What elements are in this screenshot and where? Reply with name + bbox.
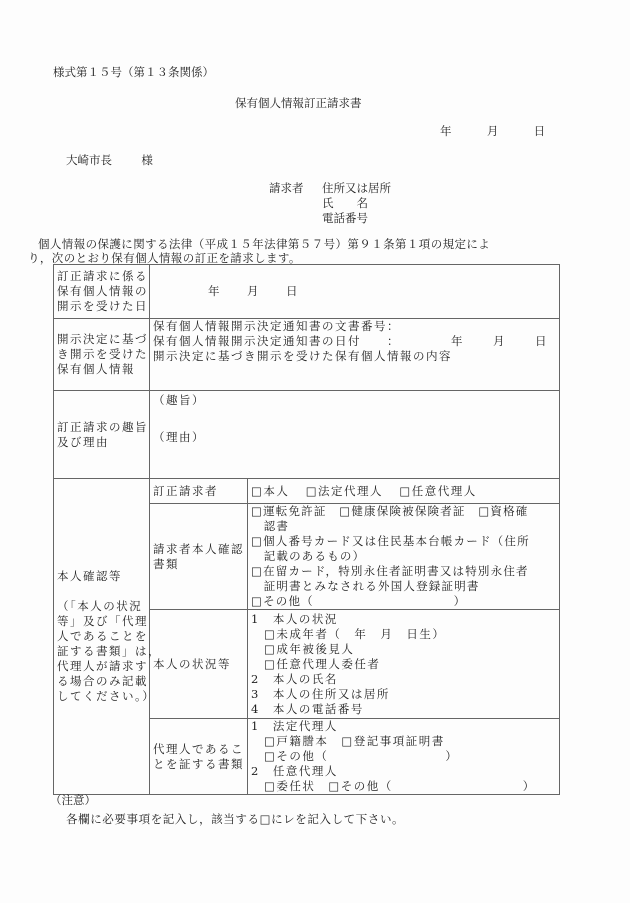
purpose-reason-field[interactable]: （趣旨） （理由）	[150, 391, 560, 479]
id-documents-options[interactable]: □運転免許証 □健康保険被保険者証 □資格確 認書 □個人番号カード又は住民基本…	[248, 504, 560, 610]
row-requester-type: 本人確認等 （「本人の状況等」及び「代理 人であることを証する書類」は， 代理人…	[54, 479, 560, 504]
notes-heading: （注意）	[50, 792, 96, 808]
disclosed-info-label: 開示決定に基づき開示を受けた保有個人情報	[54, 319, 150, 391]
requester-label: 請求者	[269, 180, 304, 196]
requester-phone-label: 電話番号	[322, 210, 368, 226]
purpose-label: （趣旨）	[153, 393, 556, 430]
disclosure-date-field[interactable]: 年 月 日	[150, 265, 560, 319]
date-day: 日	[534, 124, 546, 138]
checkbox-voluntary-agent[interactable]: □任意代理人	[399, 484, 476, 498]
purpose-reason-label: 訂正請求の趣旨及び理由	[54, 391, 150, 479]
requester-type-label: 訂正請求者	[150, 479, 248, 504]
date-month: 月	[487, 124, 499, 138]
row-disclosed-info: 開示決定に基づき開示を受けた保有個人情報 保有個人情報開示決定通知書の文書番号：…	[54, 319, 560, 391]
identity-confirmation-label: 本人確認等 （「本人の状況等」及び「代理 人であることを証する書類」は， 代理人…	[54, 479, 150, 795]
form-number: 様式第１５号（第１３条関係）	[53, 64, 214, 80]
notice-date-line: 保有個人情報開示決定通知書の日付 ： 年 月 日	[153, 334, 556, 349]
disclosed-info-field[interactable]: 保有個人情報開示決定通知書の文書番号： 保有個人情報開示決定通知書の日付 ： 年…	[150, 319, 560, 391]
checkbox-self[interactable]: □本人	[251, 484, 289, 498]
request-date: 年 月 日	[440, 123, 545, 139]
disclosed-content-label: 開示決定に基づき開示を受けた保有個人情報の内容	[153, 349, 556, 364]
requester-address-label: 住所又は居所	[322, 180, 391, 196]
requester-type-options[interactable]: □本人 □法定代理人 □任意代理人	[248, 479, 560, 504]
date-year: 年	[440, 124, 452, 138]
notice-number-label: 保有個人情報開示決定通知書の文書番号：	[153, 319, 556, 334]
checkbox-legal-agent[interactable]: □法定代理人	[306, 484, 383, 498]
requester-name-label: 氏 名	[322, 195, 368, 211]
id-documents-label: 請求者本人確認書類	[150, 504, 248, 610]
agent-documents-options[interactable]: 1 法定代理人 □戸籍謄本 □登記事項証明書 □その他（ ） 2 任意代理人 □…	[248, 719, 560, 795]
reason-label: （理由）	[153, 430, 556, 445]
agent-documents-label: 代理人であることを証する書類	[150, 719, 248, 795]
disclosure-date-label: 訂正請求に係る保有個人情報の開示を受けた日	[54, 265, 150, 319]
addressee: 大崎市長 様	[66, 152, 153, 168]
row-purpose-reason: 訂正請求の趣旨及び理由 （趣旨） （理由）	[54, 391, 560, 479]
principal-status-label: 本人の状況等	[150, 610, 248, 719]
row-disclosure-date: 訂正請求に係る保有個人情報の開示を受けた日 年 月 日	[54, 265, 560, 319]
request-form-table: 訂正請求に係る保有個人情報の開示を受けた日 年 月 日 開示決定に基づき開示を受…	[53, 264, 560, 795]
document-title: 保有個人情報訂正請求書	[235, 95, 362, 111]
principal-status-options[interactable]: 1 本人の状況 □未成年者（ 年 月 日生） □成年被後見人 □任意代理人委任者…	[248, 610, 560, 719]
notes-text: 各欄に必要事項を記入し，該当する□にレを記入して下さい。	[66, 811, 404, 827]
